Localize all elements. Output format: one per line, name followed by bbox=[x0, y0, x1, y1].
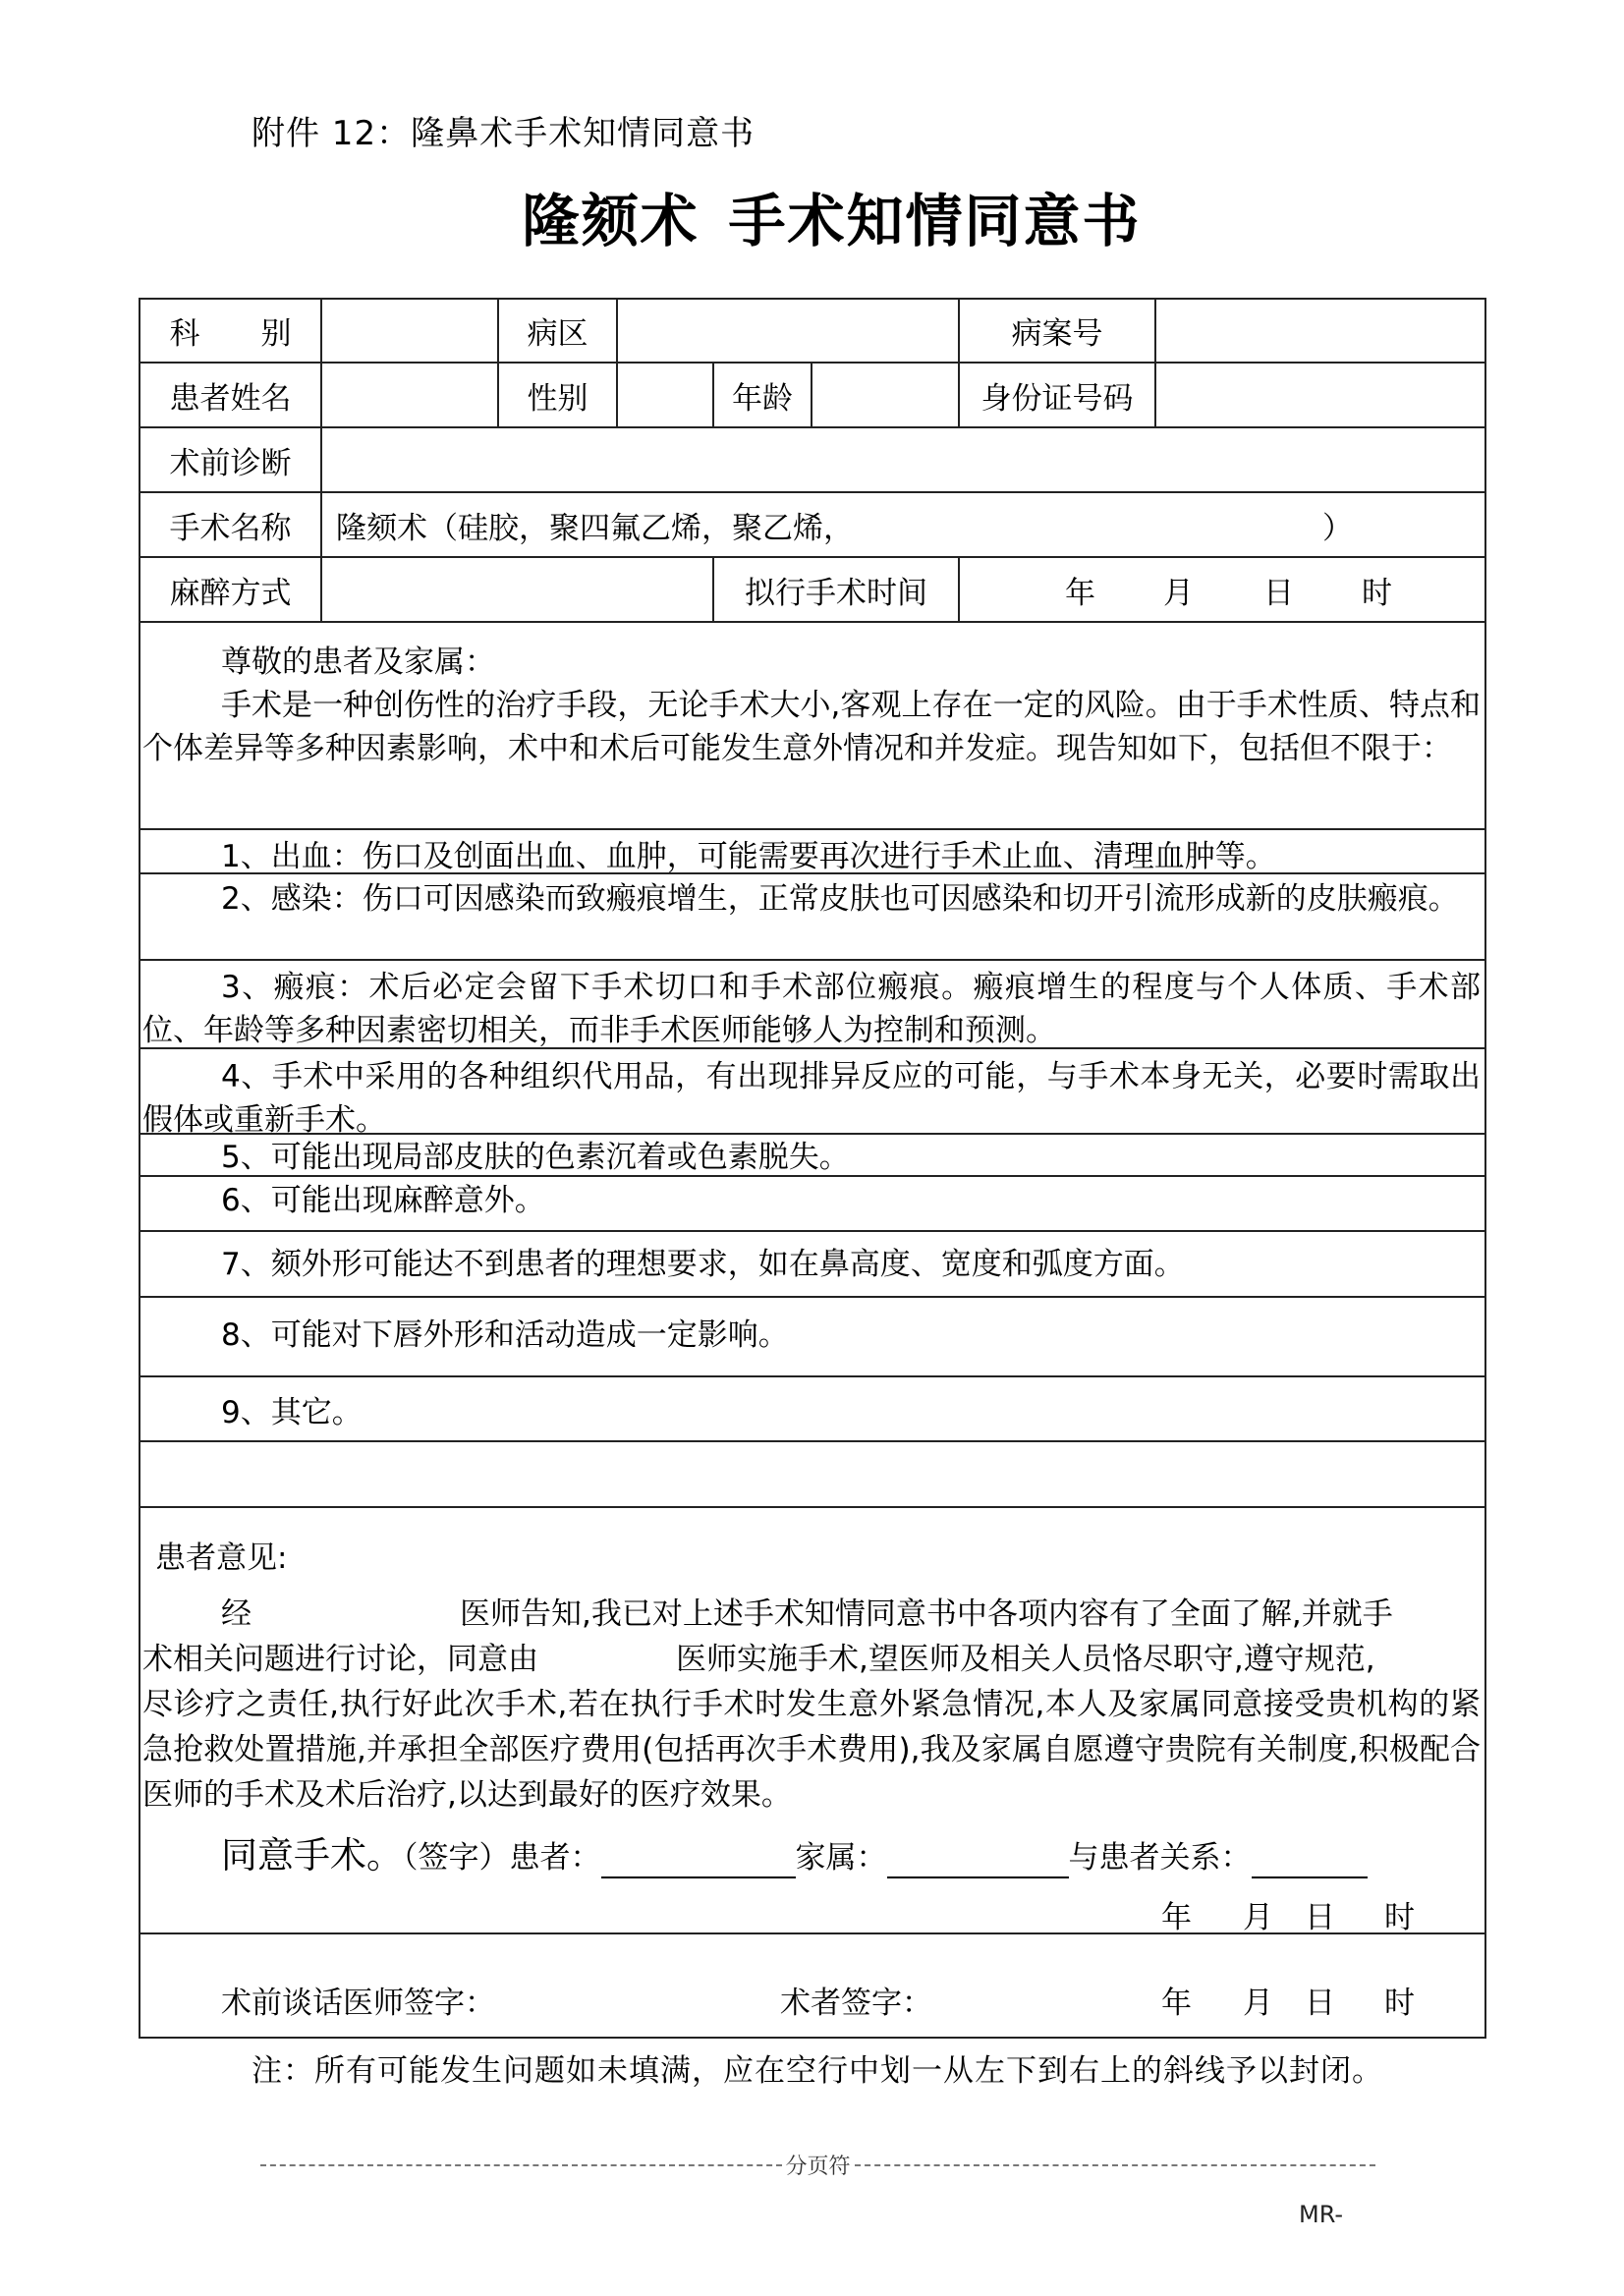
year-unit: 年 bbox=[1065, 568, 1095, 612]
case-number-field[interactable] bbox=[1156, 300, 1484, 362]
risk-item: 7、颏外形可能达不到患者的理想要求，如在鼻高度、宽度和弧度方面。 bbox=[142, 1243, 1481, 1286]
row-divider bbox=[139, 621, 1486, 623]
year-unit: 年 bbox=[1161, 1986, 1192, 2021]
blank-row[interactable] bbox=[140, 1442, 1484, 1505]
age-label: 年龄 bbox=[714, 364, 811, 426]
patient-signature-field[interactable] bbox=[601, 1847, 796, 1878]
agree-surgery-text: 同意手术。 bbox=[221, 1834, 403, 1876]
consent-signature-line: 同意手术。（签字）患者：家属：与患者关系： bbox=[221, 1825, 1368, 1878]
surgery-name-label: 手术名称 bbox=[140, 493, 320, 556]
footnote: 注：所有可能发生问题如未填满，应在空行中划一从左下到右上的斜线予以封闭。 bbox=[252, 2045, 1383, 2090]
opinion-line1-prefix: 经 bbox=[221, 1596, 252, 1632]
hour-unit: 时 bbox=[1384, 1900, 1415, 1935]
patient-opinion-label: 患者意见: bbox=[155, 1537, 287, 1580]
age-field[interactable] bbox=[812, 364, 958, 426]
department-label: 科 别 bbox=[140, 300, 320, 362]
page-break-dash-right bbox=[855, 2164, 1376, 2166]
patient-name-label: 患者姓名 bbox=[140, 364, 320, 426]
month-unit: 月 bbox=[1243, 1986, 1273, 2021]
gender-field[interactable] bbox=[618, 364, 712, 426]
page-break-label: 分页符 bbox=[782, 2150, 855, 2180]
hour-unit: 时 bbox=[1362, 568, 1392, 612]
table-border-bottom bbox=[139, 2037, 1486, 2039]
anesthesia-field[interactable] bbox=[322, 558, 712, 621]
table-border-right bbox=[1484, 298, 1486, 2039]
id-number-label: 身份证号码 bbox=[960, 364, 1154, 426]
gender-label: 性别 bbox=[499, 364, 616, 426]
title-procedure: 隆颏术 bbox=[522, 188, 699, 254]
risk-item: 3、瘢痕：术后必定会留下手术切口和手术部位瘢痕。瘢痕增生的程度与个人体质、手术部… bbox=[142, 966, 1481, 1052]
page-break-dash-left bbox=[260, 2164, 782, 2166]
diagnosis-field[interactable] bbox=[322, 428, 1484, 491]
family-label: 家属： bbox=[796, 1840, 887, 1876]
row-divider bbox=[139, 1230, 1486, 1232]
pre-talk-doctor-signature-field[interactable] bbox=[499, 1970, 755, 2013]
planned-time-label: 拟行手术时间 bbox=[714, 558, 958, 621]
consent-date[interactable]: 年月日时 bbox=[1161, 1892, 1415, 1936]
department-field[interactable] bbox=[322, 300, 497, 362]
day-unit: 日 bbox=[1305, 1900, 1335, 1935]
risk-item: 6、可能出现麻醉意外。 bbox=[142, 1179, 1481, 1222]
patient-opinion-text: 经医师告知,我已对上述手术知情同意书中各项内容有了全面了解,并就手 术相关问题进… bbox=[142, 1592, 1481, 1818]
page-break: 分页符 bbox=[260, 2150, 1375, 2180]
diagnosis-label: 术前诊断 bbox=[140, 428, 320, 491]
notice-intro: 手术是一种创伤性的治疗手段，无论手术大小,客观上存在一定的风险。由于手术性质、特… bbox=[142, 684, 1481, 770]
patient-name-field[interactable] bbox=[322, 364, 497, 426]
risk-item: 5、可能出现局部皮肤的色素沉着或色素脱失。 bbox=[142, 1136, 1481, 1179]
surgery-name-field[interactable]: 隆颏术（硅胶，聚四氟乙烯，聚乙烯， bbox=[336, 493, 1318, 556]
risk-item: 9、其它。 bbox=[142, 1391, 1481, 1434]
risk-item: 4、手术中采用的各种组织代用品，有出现排异反应的可能，与手术本身无关，必要时需取… bbox=[142, 1055, 1481, 1142]
title-form: 手术知情同意书 bbox=[729, 188, 1142, 254]
id-number-field[interactable] bbox=[1156, 364, 1484, 426]
year-unit: 年 bbox=[1161, 1900, 1192, 1935]
surgeon-signature-label: 术者签字： bbox=[780, 1978, 932, 2022]
day-unit: 日 bbox=[1263, 568, 1294, 612]
row-divider bbox=[139, 828, 1486, 830]
pre-talk-doctor-label: 术前谈话医师签字： bbox=[221, 1978, 495, 2022]
row-divider bbox=[139, 1296, 1486, 1298]
family-signature-field[interactable] bbox=[887, 1847, 1069, 1878]
sign-label: （签字）患者： bbox=[403, 1840, 601, 1876]
doctor-sign-date[interactable]: 年月日时 bbox=[1161, 1978, 1415, 2022]
month-unit: 月 bbox=[1163, 568, 1194, 612]
day-unit: 日 bbox=[1305, 1986, 1335, 2021]
risk-item: 8、可能对下唇外形和活动造成一定影响。 bbox=[142, 1314, 1481, 1357]
ward-label: 病区 bbox=[499, 300, 616, 362]
opinion-line2-suffix: 医师实施手术,望医师及相关人员恪尽职守,遵守规范, bbox=[676, 1642, 1375, 1677]
row-divider bbox=[139, 1506, 1486, 1508]
opinion-line1-suffix: 医师告知,我已对上述手术知情同意书中各项内容有了全面了解,并就手 bbox=[460, 1596, 1393, 1632]
page-title: 隆颏术手术知情同意书 bbox=[0, 175, 1624, 257]
month-unit: 月 bbox=[1243, 1900, 1273, 1935]
relation-field[interactable] bbox=[1252, 1847, 1368, 1878]
attachment-label: 附件 12：隆鼻术手术知情同意书 bbox=[252, 106, 755, 154]
row-divider bbox=[139, 1375, 1486, 1377]
surgeon-signature-field[interactable] bbox=[928, 1970, 1145, 2013]
document-code: MR- bbox=[1299, 2201, 1343, 2228]
case-number-label: 病案号 bbox=[960, 300, 1154, 362]
opinion-line2-prefix: 术相关问题进行讨论，同意由 bbox=[142, 1642, 538, 1677]
planned-time-field[interactable]: 年 月 日 时 bbox=[960, 558, 1484, 621]
row-divider bbox=[139, 959, 1486, 961]
opinion-body: 尽诊疗之责任,执行好此次手术,若在执行手术时发生意外紧急情况,本人及家属同意接受… bbox=[142, 1682, 1481, 1818]
notice-greeting: 尊敬的患者及家属： bbox=[142, 641, 1481, 684]
ward-field[interactable] bbox=[618, 300, 958, 362]
surgery-name-close-paren: ） bbox=[1322, 493, 1362, 556]
risk-item: 2、感染：伤口可因感染而致瘢痕增生，正常皮肤也可因感染和切开引流形成新的皮肤瘢痕… bbox=[142, 877, 1481, 921]
hour-unit: 时 bbox=[1384, 1986, 1415, 2021]
risk-item: 1、出血：伤口及创面出血、血肿，可能需要再次进行手术止血、清理血肿等。 bbox=[142, 835, 1481, 878]
relation-label: 与患者关系： bbox=[1069, 1840, 1252, 1876]
anesthesia-label: 麻醉方式 bbox=[140, 558, 320, 621]
